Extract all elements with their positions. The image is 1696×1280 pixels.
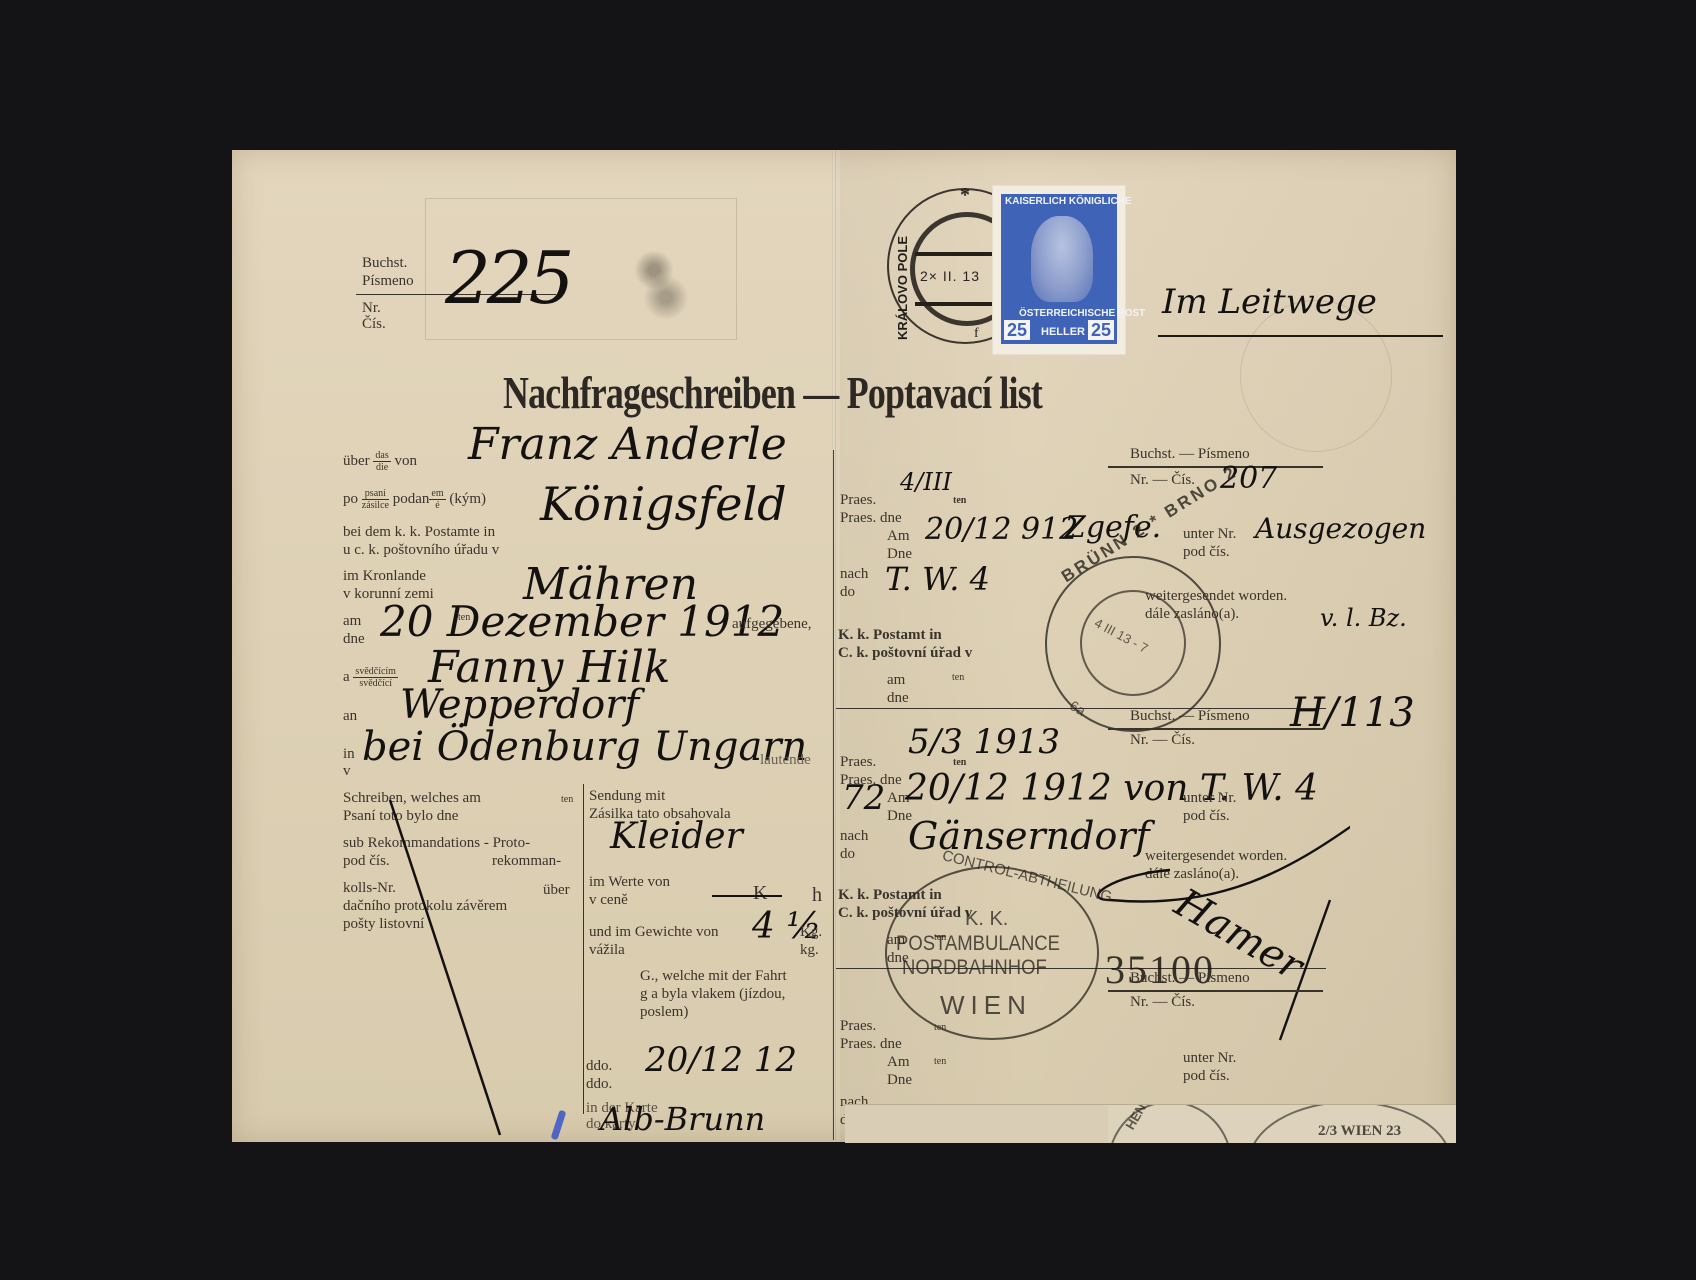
- gewicht-label-cz: vážila: [589, 942, 625, 959]
- postmark-letter: f: [974, 326, 979, 342]
- ink-splatter: [630, 215, 690, 325]
- s1-postamt-label-de: K. k. Postamt in: [838, 626, 942, 644]
- handwritten-number: 225: [445, 238, 570, 318]
- center-divider: [833, 450, 834, 1140]
- kg-label-2: kg.: [800, 942, 819, 959]
- s3-buchst-label: Buchst. — Písmeno: [1130, 970, 1250, 987]
- po-row: po psanízásilce podanemé (kým): [343, 488, 486, 511]
- bottom-flap: [845, 1104, 1110, 1143]
- title-czech: Poptavací list: [847, 367, 1042, 418]
- s2-buchst-label: Buchst. — Písmeno: [1130, 708, 1250, 725]
- ghost-round-stamp: [1240, 300, 1392, 452]
- recipient-place: Wepperdorf: [400, 682, 639, 728]
- left-column-divider: [583, 784, 584, 1114]
- s2-ten-label: ten: [953, 757, 966, 768]
- werte-h-label: h: [812, 884, 822, 907]
- strip-text-right: 2/3 WIEN 23: [1318, 1123, 1401, 1140]
- kg-label-1: Kg.: [800, 924, 822, 941]
- postmark-wien-line2: POSTAMBULANCE: [896, 932, 1060, 956]
- postmark-wien-line3: NORDBAHNHOF: [902, 956, 1047, 980]
- title-dash: —: [803, 367, 838, 418]
- fahrt-label-1: G., welche mit der Fahrt: [640, 968, 787, 985]
- s1-praes-label-2: Praes. dne: [840, 510, 902, 527]
- s1-am2-label: am: [887, 672, 905, 689]
- em-e-fraction: emé: [429, 488, 445, 511]
- kronland-label-de: im Kronlande: [343, 568, 426, 585]
- postage-stamp: KAISERLICH KÖNIGLICHE ÖSTERREICHISCHE PO…: [993, 186, 1125, 354]
- fahrt-label-3: poslem): [640, 1004, 688, 1021]
- s2-nr-label: Nr. — Čís.: [1130, 732, 1195, 749]
- werte-label-de: im Werte von: [589, 874, 670, 891]
- s2-praes-value: 5/3 1913: [908, 722, 1060, 762]
- postmark-star: *: [960, 184, 970, 207]
- postmark-wien-line1: K. K.: [965, 908, 1008, 931]
- s1-header-rule: [1108, 466, 1323, 468]
- schreiben-ten-label: ten: [561, 794, 573, 805]
- s3-praes-label-1: Praes.: [840, 1018, 876, 1035]
- sender-name: Franz Anderle: [468, 420, 787, 470]
- title-german: Nachfrageschreiben: [503, 367, 795, 418]
- postamt-label-cz: u c. k. poštovního úřadu v: [343, 542, 499, 559]
- sendung-label-de: Sendung mit: [589, 788, 665, 805]
- bottom-strip: HEN 2/3 WIEN 23: [1108, 1104, 1456, 1143]
- s3-nr-label: Nr. — Čís.: [1130, 994, 1195, 1011]
- uber-label-2: über: [543, 882, 570, 899]
- routing-note: Im Leitwege: [1162, 282, 1377, 322]
- svedcicim-fraction: svědčícímsvědčící: [353, 666, 398, 689]
- s2-praes-label-1: Praes.: [840, 754, 876, 771]
- postage-stamp-design: KAISERLICH KÖNIGLICHE ÖSTERREICHISCHE PO…: [1001, 194, 1117, 344]
- postage-bottom-text: ÖSTERREICHISCHE POST: [1019, 308, 1145, 319]
- page-title: Nachfrageschreiben — Poptavací list: [503, 366, 1042, 419]
- postage-top-text: KAISERLICH KÖNIGLICHE: [1005, 196, 1113, 207]
- s2-do-label: do: [840, 846, 855, 863]
- s1-am-label: Am: [887, 528, 910, 545]
- s3-unter-label: unter Nr.: [1183, 1050, 1236, 1067]
- pismeno-label: Písmeno: [362, 273, 414, 290]
- cancel-line: [380, 780, 520, 1142]
- date-value: 20 Dezember 1912: [380, 598, 784, 646]
- s3-am-label: Am: [887, 1054, 910, 1071]
- buchst-label: Buchst.: [362, 255, 407, 272]
- s3-pod-label: pod čís.: [1183, 1068, 1230, 1085]
- routing-underline: [1158, 335, 1443, 337]
- an-label: an: [343, 708, 357, 725]
- lautende-label: lautende: [760, 752, 811, 769]
- s1-ten2-label: ten: [952, 672, 964, 683]
- aufgegebene-label: aufgegebene,: [732, 616, 812, 633]
- s1-praes-label-1: Praes.: [840, 492, 876, 509]
- a-row: a svědčícímsvědčící: [343, 666, 398, 689]
- das-die-fraction: dasdie: [373, 450, 390, 473]
- s2-side-value: 72: [842, 778, 885, 818]
- sendung-value: Kleider: [610, 816, 743, 858]
- s2-nach-label: nach: [840, 828, 868, 845]
- ddo-value: 20/12 12: [645, 1040, 797, 1080]
- postage-currency: HELLER: [1041, 326, 1085, 338]
- s1-side-note: v. l. Bz.: [1320, 604, 1407, 632]
- fahrt-label-2: g a byla vlakem (jízdou,: [640, 986, 785, 1003]
- dne-label: dne: [343, 631, 365, 648]
- signature-flourish: [1090, 800, 1350, 1060]
- s1-postamt-label-cz: C. k. poštovní úřad v: [838, 644, 972, 662]
- s1-do-label: do: [840, 584, 855, 601]
- s1-nr-label: Nr. — Čís.: [1130, 472, 1195, 489]
- ddo-label-1: ddo.: [586, 1058, 612, 1075]
- s3-ten-label: ten: [934, 1022, 946, 1033]
- s1-unter-label: unter Nr.: [1183, 526, 1236, 543]
- karte-value: Alb-Brunn: [600, 1100, 765, 1138]
- s1-nach-label: nach: [840, 566, 868, 583]
- s1-nach-value: T. W. 4: [885, 560, 990, 598]
- nr-label: Nr.: [362, 300, 381, 317]
- recipient-region: bei Ödenburg Ungarn: [362, 724, 807, 770]
- s1-am-value: 20/12 912: [925, 512, 1078, 548]
- s1-praes-value: 4/III: [900, 468, 952, 496]
- s1-pod-label: pod čís.: [1183, 544, 1230, 561]
- postmark-kralovo-date: 2× II. 13: [920, 268, 980, 284]
- v-label: v: [343, 763, 351, 780]
- werte-strikethrough: [712, 895, 782, 897]
- gewicht-label-de: und im Gewichte von: [589, 924, 719, 941]
- psani-zasilce-fraction: psanízásilce: [362, 488, 389, 511]
- s1-dne2-label: dne: [887, 690, 909, 707]
- in-label: in: [343, 746, 355, 763]
- am-label: am: [343, 613, 361, 630]
- s3-dne-label: Dne: [887, 1072, 912, 1089]
- s3-ten3-label: ten: [934, 1056, 946, 1067]
- werte-k-label: K: [753, 882, 767, 905]
- postage-value-right: 25: [1088, 320, 1114, 340]
- postmark-wien-line4: WIEN: [940, 990, 1032, 1021]
- s3-header-rule: [1108, 990, 1323, 992]
- cis-label: Čís.: [362, 316, 386, 333]
- ddo-label-2: ddo.: [586, 1076, 612, 1093]
- s1-unter-value: Ausgezogen: [1255, 512, 1426, 546]
- s3-praes-label-2: Praes. dne: [840, 1036, 902, 1053]
- werte-label-cz: v ceně: [589, 892, 628, 909]
- postage-value-left: 25: [1004, 320, 1030, 340]
- uber-row: über dasdie von: [343, 450, 417, 473]
- s1-ten-label: ten: [953, 495, 966, 506]
- s2-nr-value: H/113: [1290, 690, 1415, 736]
- postamt-label-de: bei dem k. k. Postamte in: [343, 524, 495, 541]
- postage-portrait-icon: [1031, 216, 1093, 302]
- postamt-value: Königsfeld: [540, 478, 787, 530]
